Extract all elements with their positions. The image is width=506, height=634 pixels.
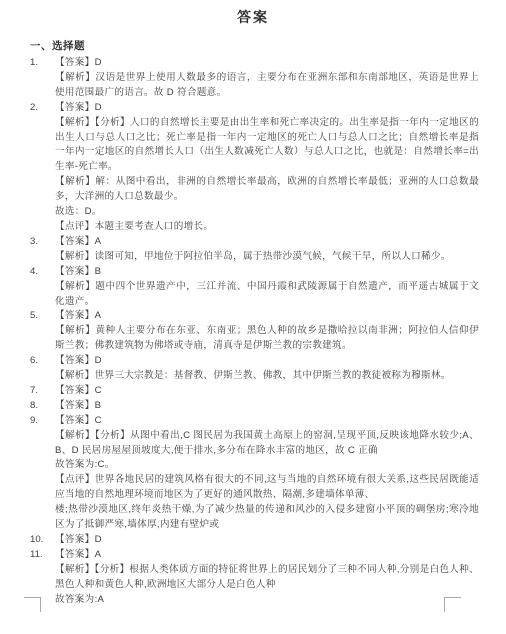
answer-item: 8.【答案】B [0,399,506,414]
document-page: 答案 一、选择题 1.【答案】D【解析】汉语是世界上使用人数最多的语言，主要分布… [0,0,506,634]
item-paragraph: 【答案】D [55,101,479,116]
margin-crop-mark-right [444,597,461,612]
item-paragraph: 【解析】解：从图中看出，非洲的自然增长率最高，欧洲的自然增长率最低；亚洲的人口总… [55,175,479,205]
item-body: 【答案】A【解析】黄种人主要分布在东亚、东南亚；黑色人种的故乡是撒哈拉以南非洲；… [55,309,479,354]
answer-item: 2.【答案】D【解析】【分析】人口的自然增长主要是由出生率和死亡率决定的。出生率… [0,101,506,235]
item-paragraph: 【解析】读图可知，甲地位于阿拉伯半岛，属于热带沙漠气候，气候干旱，所以人口稀少。 [55,250,479,265]
section-heading: 一、选择题 [30,38,506,53]
item-paragraph: 【解析】题中四个世界遗产中，三江并流、中国丹霞和武陵源属于自然遗产，而平遥古城属… [55,280,479,310]
item-body: 【答案】A【解析】【分析】根据人类体质方面的特征将世界上的居民划分了三种不同人种… [55,548,479,608]
item-paragraph: 【答案】C [55,384,479,399]
item-paragraph: 【解析】汉语是世界上使用人数最多的语言，主要分布在亚洲东部和东南部地区，英语是世… [55,71,479,101]
item-body: 【答案】B [55,399,479,414]
item-number: 11. [30,548,55,563]
answer-item: 7.【答案】C [0,384,506,399]
item-number: 7. [30,384,55,399]
answer-item: 10.【答案】D [0,533,506,548]
item-paragraph: 【答案】B [55,399,479,414]
item-paragraph: 【点评】世界各地民居的建筑风格有很大的不同,这与当地的自然环境有很大关系,这些民… [55,473,479,503]
item-number: 5. [30,309,55,324]
item-paragraph: 【解析】【分析】从图中看出,C 图民居为我国黄土高原上的窑洞,呈现平顶,反映该地… [55,429,479,459]
item-paragraph: 【答案】D [55,533,479,548]
answer-item: 1.【答案】D【解析】汉语是世界上使用人数最多的语言，主要分布在亚洲东部和东南部… [0,56,506,101]
answer-item: 5.【答案】A【解析】黄种人主要分布在东亚、东南亚；黑色人种的故乡是撒哈拉以南非… [0,309,506,354]
answer-item: 9.【答案】C【解析】【分析】从图中看出,C 图民居为我国黄土高原上的窑洞,呈现… [0,414,506,533]
item-number: 6. [30,354,55,369]
answer-item: 11.【答案】A【解析】【分析】根据人类体质方面的特征将世界上的居民划分了三种不… [0,548,506,608]
item-number: 10. [30,533,55,548]
item-body: 【答案】D [55,533,479,548]
item-number: 2. [30,101,55,116]
item-paragraph: 故选：D。 [55,205,479,220]
item-paragraph: 【答案】B [55,265,479,280]
item-paragraph: 【答案】C [55,414,479,429]
item-body: 【答案】C【解析】【分析】从图中看出,C 图民居为我国黄土高原上的窑洞,呈现平顶… [55,414,479,533]
item-paragraph: 楼;热带沙漠地区,终年炎热干燥,为了减少热量的传递和风沙的入侵多建窗小平顶的碉堡… [55,503,479,533]
answer-item: 3.【答案】A【解析】读图可知，甲地位于阿拉伯半岛，属于热带沙漠气候，气候干旱，… [0,235,506,265]
item-body: 【答案】D【解析】汉语是世界上使用人数最多的语言，主要分布在亚洲东部和东南部地区… [55,56,479,101]
item-paragraph: 故答案为:A [55,593,479,608]
item-paragraph: 【答案】A [55,235,479,250]
item-paragraph: 【答案】D [55,56,479,71]
item-number: 1. [30,56,55,71]
document-title: 答案 [0,0,506,27]
answer-list: 1.【答案】D【解析】汉语是世界上使用人数最多的语言，主要分布在亚洲东部和东南部… [0,56,506,608]
margin-crop-mark-left [24,597,41,612]
answer-item: 4.【答案】B【解析】题中四个世界遗产中，三江并流、中国丹霞和武陵源属于自然遗产… [0,265,506,310]
item-paragraph: 【解析】【分析】根据人类体质方面的特征将世界上的居民划分了三种不同人种,分别是白… [55,563,479,593]
item-paragraph: 【点评】本题主要考查人口的增长。 [55,220,479,235]
item-paragraph: 【解析】【分析】人口的自然增长主要是由出生率和死亡率决定的。出生率是指一年内一定… [55,116,479,176]
item-number: 8. [30,399,55,414]
item-number: 3. [30,235,55,250]
item-body: 【答案】D【解析】世界三大宗教是：基督教、伊斯兰教、佛教，其中伊斯兰教的教徒被称… [55,354,479,384]
item-paragraph: 【答案】A [55,309,479,324]
item-paragraph: 故答案为:C。 [55,458,479,473]
answer-item: 6.【答案】D【解析】世界三大宗教是：基督教、伊斯兰教、佛教，其中伊斯兰教的教徒… [0,354,506,384]
item-body: 【答案】C [55,384,479,399]
item-paragraph: 【答案】D [55,354,479,369]
item-paragraph: 【解析】黄种人主要分布在东亚、东南亚；黑色人种的故乡是撒哈拉以南非洲；阿拉伯人信… [55,324,479,354]
item-body: 【答案】B【解析】题中四个世界遗产中，三江并流、中国丹霞和武陵源属于自然遗产，而… [55,265,479,310]
item-number: 4. [30,265,55,280]
item-paragraph: 【解析】世界三大宗教是：基督教、伊斯兰教、佛教，其中伊斯兰教的教徒被称为穆斯林。 [55,369,479,384]
item-paragraph: 【答案】A [55,548,479,563]
item-body: 【答案】D【解析】【分析】人口的自然增长主要是由出生率和死亡率决定的。出生率是指… [55,101,479,235]
item-body: 【答案】A【解析】读图可知，甲地位于阿拉伯半岛，属于热带沙漠气候，气候干旱，所以… [55,235,479,265]
item-number: 9. [30,414,55,429]
